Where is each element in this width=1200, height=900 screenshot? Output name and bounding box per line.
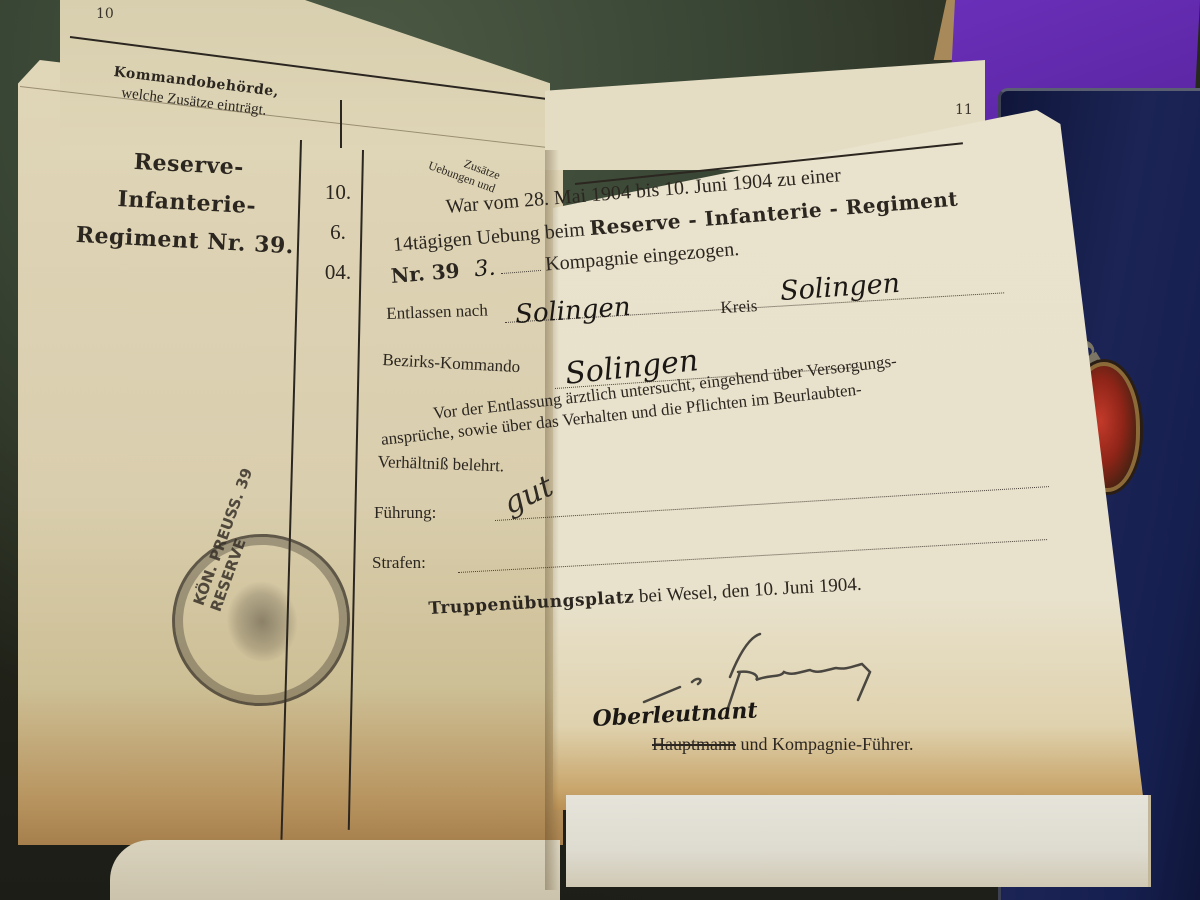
page-number-right: 11 [955,102,973,118]
page-number-left: 10 [96,6,114,22]
unit-name: Reserve- Infanterie- Regiment Nr. 39. [74,140,300,265]
column-divider-header [340,100,342,148]
right-page-underlayers [566,795,1151,887]
left-page-bottom-flap [110,840,560,900]
company-number-handwritten: 3. [473,256,496,283]
punishments-label: Strafen: [372,553,426,573]
district-label: Kreis [720,296,758,318]
discharged-to-label: Entlassen nach [386,300,488,324]
signature-scribble-icon [640,632,900,712]
rank-struck: Hauptmann [652,734,736,754]
officer-signature: v. Carlowitz [640,632,900,712]
entry-date: 10. 6. 04. [318,172,358,292]
eagle-emblem-icon [222,577,302,666]
rank-title: Hauptmann und Kompagnie-Führer. [652,734,913,755]
conduct-label: Führung: [374,503,436,523]
